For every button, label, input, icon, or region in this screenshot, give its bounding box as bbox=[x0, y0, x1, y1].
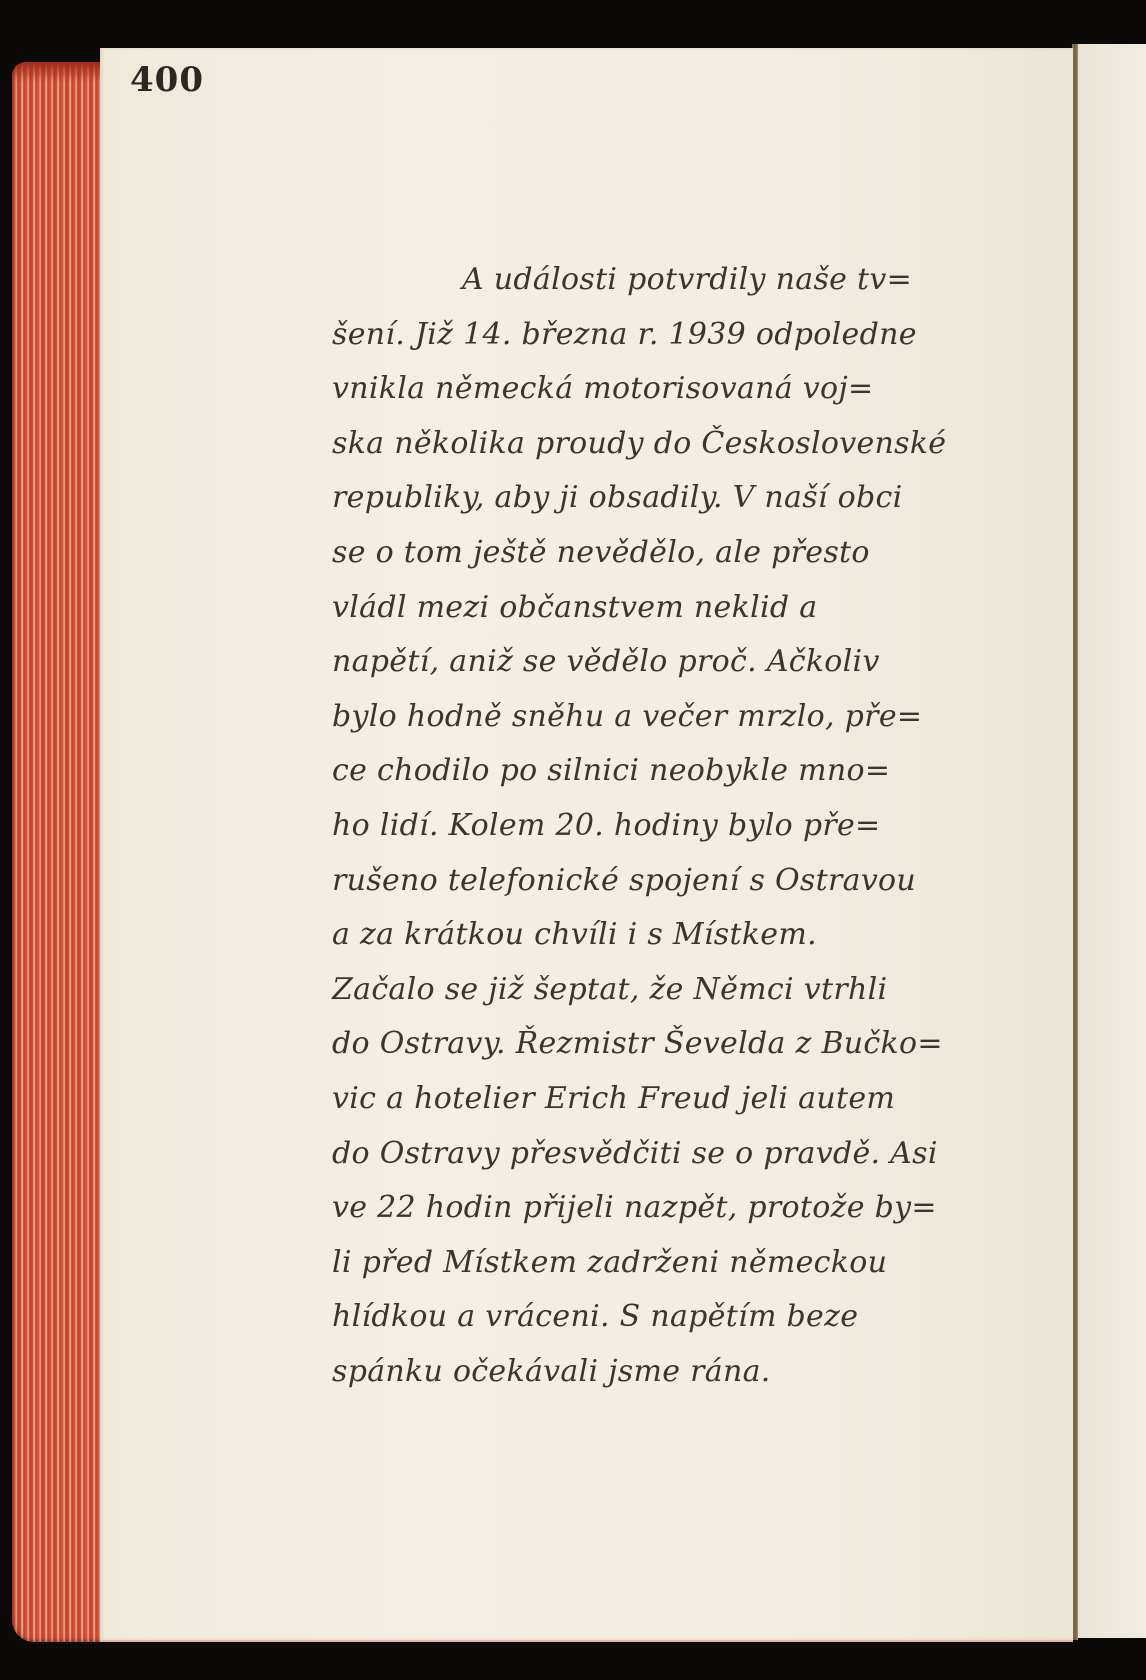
page-number: 400 bbox=[130, 60, 204, 100]
text-line: republiky, aby ji obsadily. V naší obci bbox=[332, 471, 992, 526]
text-line: napětí, aniž se vědělo proč. Ačkoliv bbox=[332, 635, 992, 690]
text-line: šení. Již 14. března r. 1939 odpoledne bbox=[332, 308, 992, 363]
text-line: li před Místkem zadrženi německou bbox=[332, 1236, 992, 1291]
text-line: Začalo se již šeptat, že Němci vtrhli bbox=[332, 963, 992, 1018]
text-line: do Ostravy přesvědčiti se o pravdě. Asi bbox=[332, 1127, 992, 1182]
text-line: a za krátkou chvíli i s Místkem. bbox=[332, 908, 992, 963]
text-line: ho lidí. Kolem 20. hodiny bylo pře= bbox=[332, 799, 992, 854]
text-line: rušeno telefonické spojení s Ostravou bbox=[332, 854, 992, 909]
text-line: ve 22 hodin přijeli nazpět, protože by= bbox=[332, 1181, 992, 1236]
text-line: bylo hodně sněhu a večer mrzlo, pře= bbox=[332, 690, 992, 745]
text-line: do Ostravy. Řezmistr Ševelda z Bučko= bbox=[332, 1017, 992, 1072]
text-line: A události potvrdily naše tv= bbox=[332, 253, 992, 308]
text-line: spánku očekávali jsme rána. bbox=[332, 1345, 992, 1400]
text-line: ce chodilo po silnici neobykle mno= bbox=[332, 744, 992, 799]
text-line: vládl mezi občanstvem neklid a bbox=[332, 581, 992, 636]
chronicle-page: 400 A události potvrdily naše tv= šení. … bbox=[100, 48, 1073, 1640]
text-line: se o tom ještě nevědělo, ale přesto bbox=[332, 526, 992, 581]
facing-page bbox=[1078, 44, 1146, 1638]
text-line: vic a hotelier Erich Freud jeli autem bbox=[332, 1072, 992, 1127]
book-page-edges bbox=[12, 62, 104, 1642]
text-line: ska několika proudy do Československé bbox=[332, 417, 992, 472]
text-line: hlídkou a vráceni. S napětím beze bbox=[332, 1290, 992, 1345]
text-line: vnikla německá motorisovaná voj= bbox=[332, 362, 992, 417]
handwritten-text-block: A události potvrdily naše tv= šení. Již … bbox=[332, 253, 992, 1399]
